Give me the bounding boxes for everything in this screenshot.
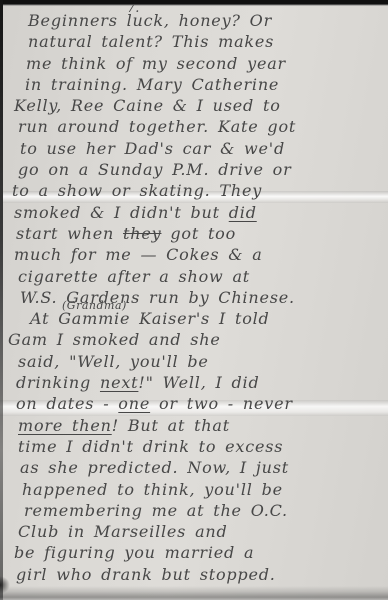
letter-text-segment: on dates - <box>16 394 118 413</box>
letter-line: cigarette after a show at <box>18 266 384 287</box>
scan-edge-top <box>0 0 388 6</box>
letter-text-segment: much for me — Cokes & a <box>14 245 263 264</box>
letter-line: much for me — Cokes & a <box>14 244 384 265</box>
letter-line: as she predicted. Now, I just <box>20 457 384 478</box>
letter-text-segment: drinking <box>16 373 100 392</box>
letter-line: run around together. Kate got <box>18 116 384 137</box>
letter-text-segment: Club in Marseilles and <box>18 522 228 541</box>
letter-text-segment: Kelly, Ree Caine & I used to <box>14 96 281 115</box>
letter-text-segment: or two - never <box>150 394 293 413</box>
letter-text-segment: At Gammie Kaiser's I told <box>30 309 270 328</box>
scanned-letter-page: 7. Beginners luck, honey? Ornatural tale… <box>0 0 388 600</box>
letter-text-segment: girl who drank but stopped. <box>16 565 276 584</box>
scan-corner-blot <box>0 576 10 594</box>
letter-text-segment: as she predicted. Now, I just <box>20 458 289 477</box>
letter-line: start when they got too <box>16 223 384 244</box>
letter-text-segment: natural talent? This makes <box>28 32 274 51</box>
letter-line: me think of my second year <box>26 53 384 74</box>
letter-line: drinking next!" Well, I did <box>16 372 384 393</box>
letter-body: Beginners luck, honey? Ornatural talent?… <box>28 10 384 585</box>
grandma-annotation: (Grandma) <box>62 299 127 312</box>
letter-line: time I didn't drink to excess <box>18 436 384 457</box>
letter-text-segment: got too <box>161 224 236 243</box>
letter-line: Kelly, Ree Caine & I used to <box>14 95 384 116</box>
letter-line: Beginners luck, honey? Or <box>28 10 384 31</box>
letter-line: be figuring you married a <box>14 542 384 563</box>
letter-text-segment: more then <box>18 416 112 435</box>
letter-text-segment: start when <box>16 224 123 243</box>
scan-edge-left <box>0 0 3 600</box>
letter-text-segment: in training. Mary Catherine <box>25 75 279 94</box>
letter-text-segment: time I didn't drink to excess <box>18 437 283 456</box>
letter-text-segment: !" Well, I did <box>138 373 259 392</box>
letter-text-segment: run around together. Kate got <box>18 117 296 136</box>
letter-text-segment: Gam I smoked and she <box>8 330 221 349</box>
letter-line: natural talent? This makes <box>28 31 384 52</box>
letter-line: happened to think, you'll be <box>22 479 384 500</box>
scan-shadow-bottom <box>0 586 388 600</box>
letter-line: Club in Marseilles and <box>18 521 384 542</box>
letter-line: Gam I smoked and she <box>8 329 384 350</box>
letter-text-segment: said, "Well, you'll be <box>18 352 209 371</box>
letter-line: girl who drank but stopped. <box>16 564 384 585</box>
letter-text-segment: to use her Dad's car & we'd <box>20 139 285 158</box>
letter-text-segment: next <box>100 373 138 392</box>
letter-line: remembering me at the O.C. <box>24 500 384 521</box>
letter-line: on dates - one or two - never <box>16 393 384 414</box>
letter-text-segment: to a show or skating. They <box>12 181 262 200</box>
letter-text-segment: Beginners luck, honey? Or <box>28 11 272 30</box>
letter-text-segment: did <box>229 203 257 222</box>
letter-text-segment: go on a Sunday P.M. drive or <box>18 160 292 179</box>
letter-line: to use her Dad's car & we'd <box>20 138 384 159</box>
letter-text-segment: one <box>118 394 150 413</box>
letter-text-segment: cigarette after a show at <box>18 267 250 286</box>
letter-text-segment: be figuring you married a <box>14 543 254 562</box>
letter-text-segment: they <box>123 224 161 243</box>
letter-text-segment: remembering me at the O.C. <box>24 501 288 520</box>
letter-line: in training. Mary Catherine <box>25 74 384 95</box>
letter-line: more then! But at that <box>18 415 384 436</box>
letter-text-segment: ! But at that <box>112 416 230 435</box>
letter-line: to a show or skating. They <box>12 180 384 201</box>
letter-text-segment: me think of my second year <box>26 54 286 73</box>
letter-line: go on a Sunday P.M. drive or <box>18 159 384 180</box>
letter-text-segment: smoked & I didn't but <box>14 203 229 222</box>
letter-line: said, "Well, you'll be <box>18 351 384 372</box>
letter-text-segment: happened to think, you'll be <box>22 480 283 499</box>
letter-line: smoked & I didn't but did <box>14 202 384 223</box>
